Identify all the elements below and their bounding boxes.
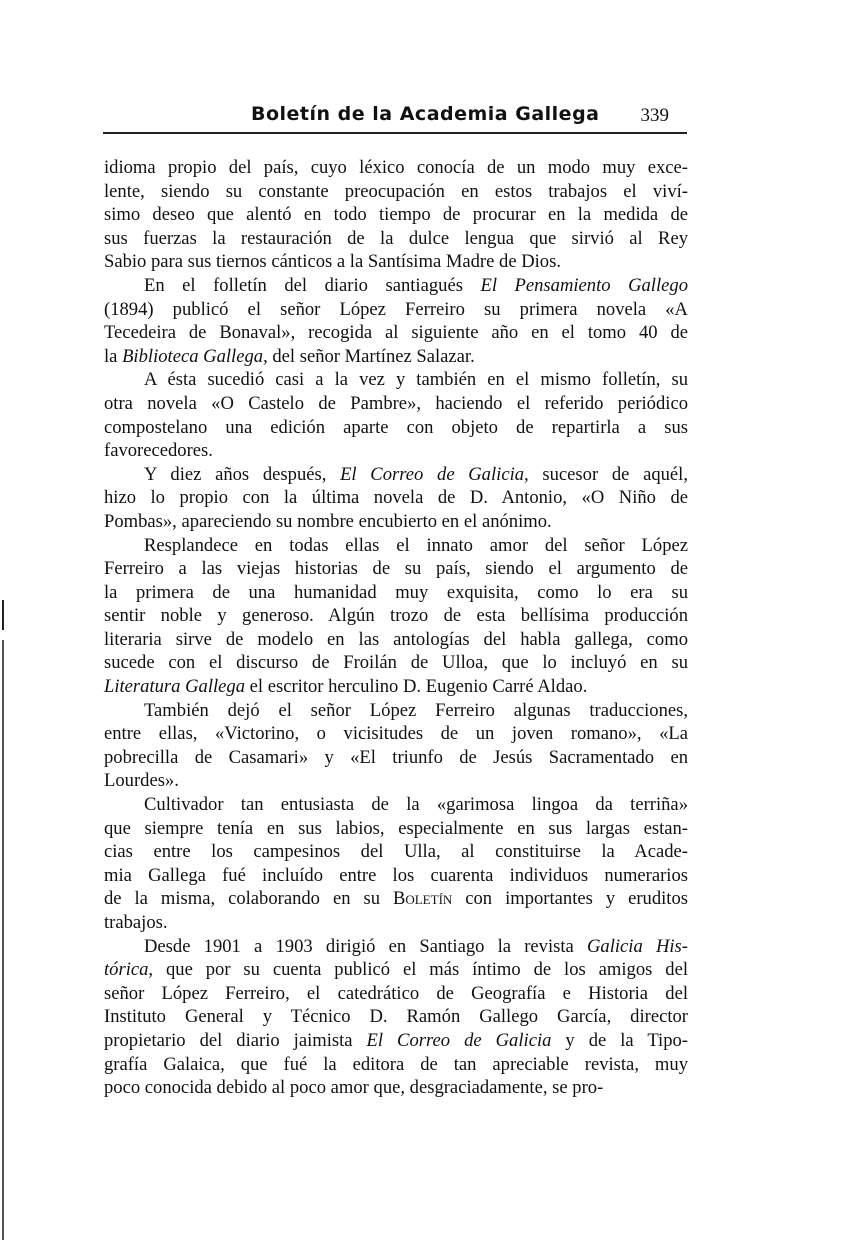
text-line: Lourdes».: [104, 769, 688, 793]
text-line: cias entre los campesinos del Ulla, al c…: [104, 840, 688, 864]
paragraph: En el folletín del diario santiagués El …: [104, 274, 688, 368]
header-rule: [103, 132, 687, 134]
text-line: tórica, que por su cuenta publicó el más…: [104, 958, 688, 982]
text-line: simo deseo que alentó en todo tiempo de …: [104, 203, 688, 227]
running-header: Boletín de la Academia Gallega 339: [103, 103, 687, 133]
text-line: hizo lo propio con la última novela de D…: [104, 486, 688, 510]
paragraph: Cultivador tan entusiasta de la «garimos…: [104, 793, 688, 935]
text-line: Literatura Gallega el escritor herculino…: [104, 675, 688, 699]
text-line: literaria sirve de modelo en las antolog…: [104, 628, 688, 652]
paragraph: Desde 1901 a 1903 dirigió en Santiago la…: [104, 935, 688, 1100]
text-line: favorecedores.: [104, 439, 688, 463]
text-line: compostelano una edición aparte con obje…: [104, 416, 688, 440]
text-line: Instituto General y Técnico D. Ramón Gal…: [104, 1005, 688, 1029]
text-line: Pombas», apareciendo su nombre encubiert…: [104, 510, 688, 534]
text-line: otra novela «O Castelo de Pambre», hacie…: [104, 392, 688, 416]
text-line: También dejó el señor López Ferreiro alg…: [104, 699, 688, 723]
text-line: la primera de una humanidad muy exquisit…: [104, 581, 688, 605]
text-line: Ferreiro a las viejas historias de su pa…: [104, 557, 688, 581]
text-line: Y diez años después, El Correo de Galici…: [104, 463, 688, 487]
paragraph: También dejó el señor López Ferreiro alg…: [104, 699, 688, 793]
paragraph: Y diez años después, El Correo de Galici…: [104, 463, 688, 534]
text-line: En el folletín del diario santiagués El …: [104, 274, 688, 298]
text-line: grafía Galaica, que fué la editora de ta…: [104, 1053, 688, 1077]
scan-binding-edge: [0, 0, 8, 1249]
text-line: que siempre tenía en sus labios, especia…: [104, 817, 688, 841]
text-line: sus fuerzas la restauración de la dulce …: [104, 227, 688, 251]
paragraph: idioma propio del país, cuyo léxico cono…: [104, 156, 688, 274]
text-line: A ésta sucedió casi a la vez y también e…: [104, 368, 688, 392]
text-line: sucede con el discurso de Froilán de Ull…: [104, 651, 688, 675]
paragraph: Resplandece en todas ellas el innato amo…: [104, 534, 688, 699]
text-line: Tecedeira de Bonaval», recogida al sigui…: [104, 321, 688, 345]
text-line: propietario del diario jaimista El Corre…: [104, 1029, 688, 1053]
page-number: 339: [641, 105, 670, 127]
body-text: idioma propio del país, cuyo léxico cono…: [104, 156, 688, 1100]
text-line: lente, siendo su constante preocupación …: [104, 180, 688, 204]
text-line: poco conocida debido al poco amor que, d…: [104, 1076, 688, 1100]
text-line: sentir noble y generoso. Algún trozo de …: [104, 604, 688, 628]
text-line: idioma propio del país, cuyo léxico cono…: [104, 156, 688, 180]
text-line: la Biblioteca Gallega, del señor Martíne…: [104, 345, 688, 369]
text-line: (1894) publicó el señor López Ferreiro s…: [104, 298, 688, 322]
text-line: Desde 1901 a 1903 dirigió en Santiago la…: [104, 935, 688, 959]
text-line: trabajos.: [104, 911, 688, 935]
text-line: pobrecilla de Casamari» y «El triunfo de…: [104, 746, 688, 770]
paragraph: A ésta sucedió casi a la vez y también e…: [104, 368, 688, 462]
text-line: Cultivador tan entusiasta de la «garimos…: [104, 793, 688, 817]
text-line: entre ellas, «Victorino, o vicisitudes d…: [104, 722, 688, 746]
journal-title: Boletín de la Academia Gallega: [251, 103, 600, 125]
text-line: señor López Ferreiro, el catedrático de …: [104, 982, 688, 1006]
text-line: mia Gallega fué incluído entre los cuare…: [104, 864, 688, 888]
text-line: Sabio para sus tiernos cánticos a la San…: [104, 250, 688, 274]
text-line: Resplandece en todas ellas el innato amo…: [104, 534, 688, 558]
text-line: de la misma, colaborando en su Boletín c…: [104, 887, 688, 911]
